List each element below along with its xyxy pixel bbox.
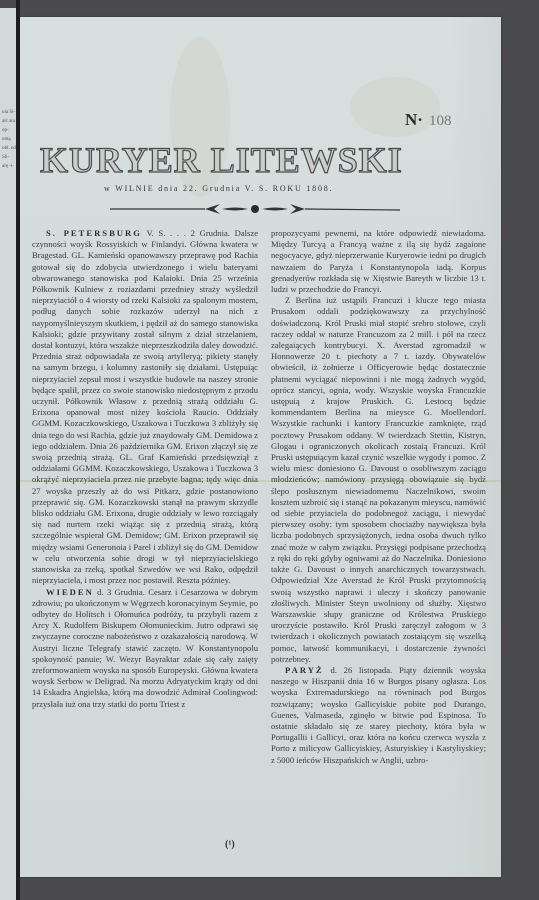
right-column: propozycyami pewnemi, na które odpowiedź… xyxy=(271,228,486,766)
issue-label: N· xyxy=(405,110,423,129)
article-continuation: propozycyami pewnemi, na które odpowiedź… xyxy=(271,228,486,295)
dateline: w WILNIE dnia 22. Grudnia V. S. ROKU 180… xyxy=(104,184,404,193)
article-text: d. 3 Grudnia. Cesarz i Cesarzowa w dobry… xyxy=(32,587,258,709)
article-text: propozycyami pewnemi, na które odpowiedź… xyxy=(271,228,486,294)
document-viewer: ola Si- ałć ara op- omą ołd. od Sli- arę… xyxy=(0,0,539,900)
article-berlin: Z Berlina iuż ustąpili Francuzi i klucze… xyxy=(271,295,486,665)
article-place: S. PETERSBURG xyxy=(46,228,142,238)
previous-page-edge[interactable]: ola Si- ałć ara op- omą ołd. od Sli- arę… xyxy=(0,8,17,900)
left-column: S. PETERSBURG V. S. . . . 2 Grudnia. Dal… xyxy=(32,228,258,710)
ornamental-divider-icon xyxy=(110,203,400,215)
previous-page-text: ola Si- ałć ara op- omą ołd. od Sli- arę… xyxy=(2,108,16,171)
article-text: V. S. . . . 2 Grudnia. Dalsze czynności … xyxy=(32,228,258,585)
article-text: d. 26 listopada. Piąty dziennik woyska n… xyxy=(271,665,486,765)
article-st-petersburg: S. PETERSBURG V. S. . . . 2 Grudnia. Dal… xyxy=(32,228,258,587)
article-place: WIEDEN xyxy=(46,587,94,597)
issue-number: N·108 xyxy=(405,110,451,130)
article-vienna: WIEDEN d. 3 Grudnia. Cesarz i Cesarzowa … xyxy=(32,587,258,710)
newspaper-page: N·108 KURYER LITEWSKI w WILNIE dnia 22. … xyxy=(20,17,501,877)
article-text: Z Berlina iuż ustąpili Francuzi i klucze… xyxy=(271,295,486,664)
masthead-title: KURYER LITEWSKI xyxy=(40,139,440,181)
article-paris: PARYŻ d. 26 listopada. Piąty dziennik wo… xyxy=(271,665,486,766)
page-folio: (¹) xyxy=(225,839,235,850)
issue-number-value: 108 xyxy=(429,113,452,129)
article-place: PARYŻ xyxy=(285,665,324,675)
